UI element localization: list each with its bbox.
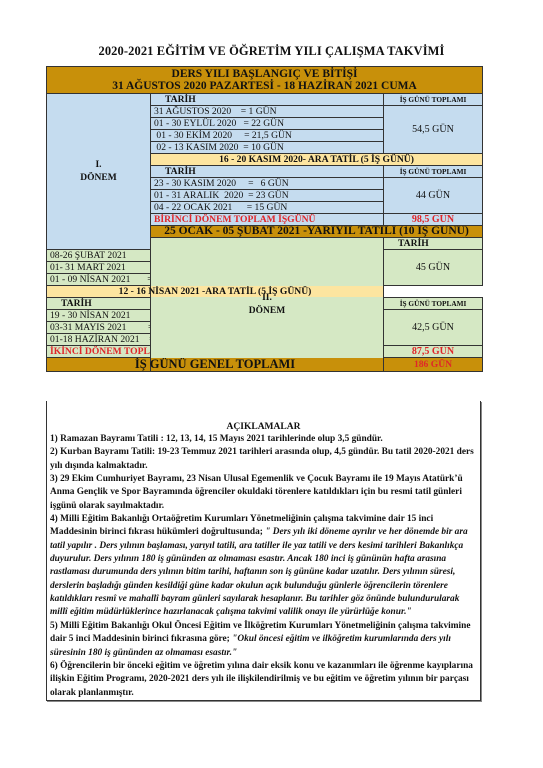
note-4-quote: " Ders yılı iki döneme ayrılır ve her dö… <box>50 527 468 617</box>
date-row: 01 - 09 NİSAN 2021 = 7 GÜN <box>47 274 151 286</box>
term2-total-value: 87,5 GÜN <box>384 346 483 358</box>
header-line1: DERS YILI BAŞLANGIÇ VE BİTİŞİ <box>50 68 479 81</box>
note-4: 4) Milli Eğitim Bakanlığı Ortaöğretim Ku… <box>47 513 480 620</box>
date-row: 08-26 ŞUBAT 2021 = 15 GÜN <box>47 250 151 262</box>
semester-break: 25 OCAK - 05 ŞUBAT 2021 -YARIYIL TATİLİ … <box>151 226 483 238</box>
term2-block2-total: 42,5 GÜN <box>384 310 483 346</box>
note-6: 6) Öğrencilerin bir önceki eğitim ve öğr… <box>47 660 480 700</box>
note-3: 3) 29 Ekim Cumhuriyet Bayramı, 23 Nisan … <box>47 473 480 513</box>
note-5: 5) Millî Eğitim Bakanlığı Okul Öncesi Eğ… <box>47 620 480 660</box>
date-row: 31 AĞUSTOS 2020 = 1 GÜN <box>151 106 384 118</box>
term2-date-header-2: TARİH <box>47 298 151 310</box>
term1-date-header: TARİH <box>151 94 384 106</box>
date-row: 01-18 HAZİRAN 2021 = 14 GÜN <box>47 334 151 346</box>
date-row: 04 - 22 OCAK 2021 = 15 GÜN <box>151 202 384 214</box>
notes-title: AÇIKLAMALAR <box>47 422 480 432</box>
term2-label: II. DÖNEM <box>151 238 384 372</box>
date-row: 19 - 30 NİSAN 2021 = 10 GÜN <box>47 310 151 322</box>
date-row: 01- 31 MART 2021 = 23 GÜN <box>47 262 151 274</box>
term1-label: I. DÖNEM <box>47 94 151 250</box>
date-row: 02 - 13 KASIM 2020 = 10 GÜN <box>151 142 384 154</box>
term1-sum-header-2: İŞ GÜNÜ TOPLAMI <box>384 166 483 178</box>
note-1: 1) Ramazan Bayramı Tatili : 12, 13, 14, … <box>47 433 480 446</box>
year-span-header: DERS YILI BAŞLANGIÇ VE BİTİŞİ 31 AĞUSTOS… <box>47 67 483 94</box>
term1-word: DÖNEM <box>50 172 147 185</box>
term2-sum-header-2: İŞ GÜNÜ TOPLAMI <box>384 298 483 310</box>
term1-date-header-2: TARİH <box>151 166 384 178</box>
note-2: 2) Kurban Bayramı Tatili: 19-23 Temmuz 2… <box>47 446 480 473</box>
page-title: 2020-2021 EĞİTİM VE ÖĞRETİM YILI ÇALIŞMA… <box>0 44 543 59</box>
term1-block1-total: 54,5 GÜN <box>384 106 483 154</box>
grand-total-value: 186 GÜN <box>384 358 483 372</box>
date-row: 03-31 MAYIS 2021 = 18,5 GÜN <box>47 322 151 334</box>
header-line2: 31 AĞUSTOS 2020 PAZARTESİ - 18 HAZİRAN 2… <box>50 80 479 93</box>
notes-section: AÇIKLAMALAR 1) Ramazan Bayramı Tatili : … <box>46 401 481 701</box>
header-row: DERS YILI BAŞLANGIÇ VE BİTİŞİ 31 AĞUSTOS… <box>47 67 483 94</box>
date-row: 23 - 30 KASIM 2020 = 6 GÜN <box>151 178 384 190</box>
term1-midterm-break: 16 - 20 KASIM 2020- ARA TATİL (5 İŞ GÜNÜ… <box>151 154 483 166</box>
term2-date-header: TARİH <box>384 238 483 250</box>
term2-word: DÖNEM <box>154 305 380 318</box>
term1-total-value: 98,5 GÜN <box>384 214 483 226</box>
date-row: 01 - 30 EKİM 2020 = 21,5 GÜN <box>151 130 384 142</box>
term2-block1-total: 45 GÜN <box>384 250 483 286</box>
grand-total-label: İŞ GÜNÜ GENEL TOPLAMI <box>47 358 384 372</box>
term2-total-label: İKİNCİ DÖNEM TOPLAM İŞGÜNÜ <box>47 346 151 358</box>
term2-midterm-break: 12 - 16 NİSAN 2021 -ARA TATİL (5 İŞ GÜNÜ… <box>47 286 384 298</box>
calendar-table: DERS YILI BAŞLANGIÇ VE BİTİŞİ 31 AĞUSTOS… <box>46 66 483 372</box>
term1-sum-header: İŞ GÜNÜ TOPLAMI <box>384 94 483 106</box>
term1-total-label: BİRİNCİ DÖNEM TOPLAM İŞGÜNÜ <box>151 214 384 226</box>
term1-block2-total: 44 GÜN <box>384 178 483 214</box>
date-row: 01 - 30 EYLÜL 2020 = 22 GÜN <box>151 118 384 130</box>
term1-number: I. <box>50 159 147 172</box>
date-row: 01 - 31 ARALIK 2020 = 23 GÜN <box>151 190 384 202</box>
